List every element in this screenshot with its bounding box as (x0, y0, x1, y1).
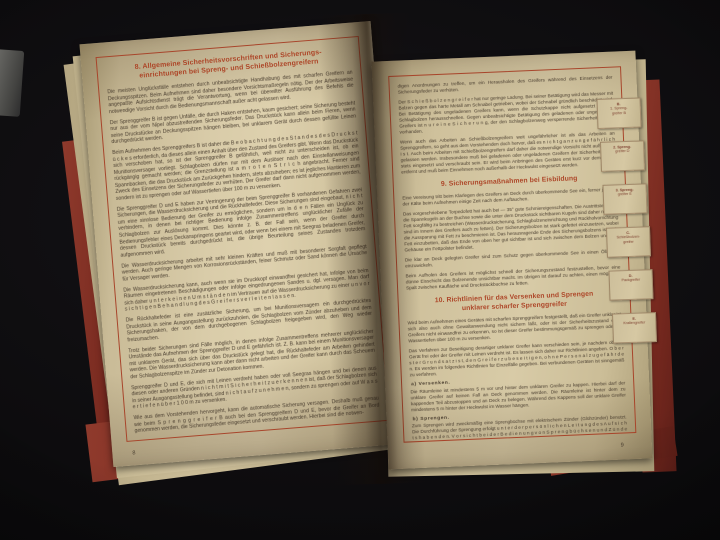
item-b: b) Sprengen. Zum Sprengen wird zweckmäßi… (411, 408, 627, 443)
left-page-body: Die meisten Unglücksfälle entstehen durc… (107, 70, 380, 435)
body-paragraph: Wird beim Aufnehmen eines Gerätes mit sc… (407, 311, 623, 344)
index-tabs: B. 1. Spreng- greifer B 2. Spreng- greif… (596, 97, 659, 359)
left-page-red-frame: 8. Allgemeine Sicherheitsvorschriften un… (96, 36, 390, 442)
body-paragraph: Wenn auch das Arbeiten an Schießbolzengr… (400, 131, 616, 176)
index-tab-label: Krallengreifer (613, 321, 655, 327)
body-paragraph: Das Verfahren zur Beseitigung derartiger… (409, 339, 625, 378)
index-tab: B. 1. Spreng- greifer B (596, 97, 641, 129)
index-tab: 3. Spreng- greifer E (602, 183, 647, 215)
index-tab-label: Packgreifer (610, 278, 652, 284)
index-tab: D. Packgreifer (608, 269, 653, 301)
photo-open-manual: 8. Allgemeine Sicherheitsvorschriften un… (0, 0, 720, 540)
section-10-body: Wird beim Aufnehmen eines Gerätes mit sc… (407, 311, 624, 378)
page-number-right: 9 (621, 442, 624, 448)
index-tab-label: greifer B (598, 110, 640, 116)
background-object (0, 49, 24, 117)
body-paragraph: Das vorgeschriebene Torpedofett hat auch… (403, 203, 620, 254)
body-paragraph: Der S c h i e ß b o l z e n g r e i f e … (398, 91, 614, 136)
index-tab: 2. Spreng- greifer D (600, 140, 645, 172)
page-number-left: 8 (132, 450, 136, 456)
right-page-opening: digen Anordnungen zu treffen, um ein Her… (398, 75, 617, 176)
index-tab-label: greifer (607, 239, 649, 245)
item-a: a) Versenken. Die Räumleine ist mindeste… (410, 373, 626, 413)
section-9-body: Eine Vereisung tritt beim Klarlegen des … (402, 187, 621, 292)
index-tab-label: greifer D (601, 149, 643, 155)
index-tab-label: greifer E (604, 192, 646, 198)
body-paragraph: Beim Aufholen des Greifers ist möglichst… (405, 265, 621, 292)
index-tab: C. Schießbolzen- greifer (606, 226, 651, 258)
index-tab: E. Krallengreifer (612, 312, 657, 344)
left-page: 8. Allgemeine Sicherheitsvorschriften un… (79, 21, 404, 467)
